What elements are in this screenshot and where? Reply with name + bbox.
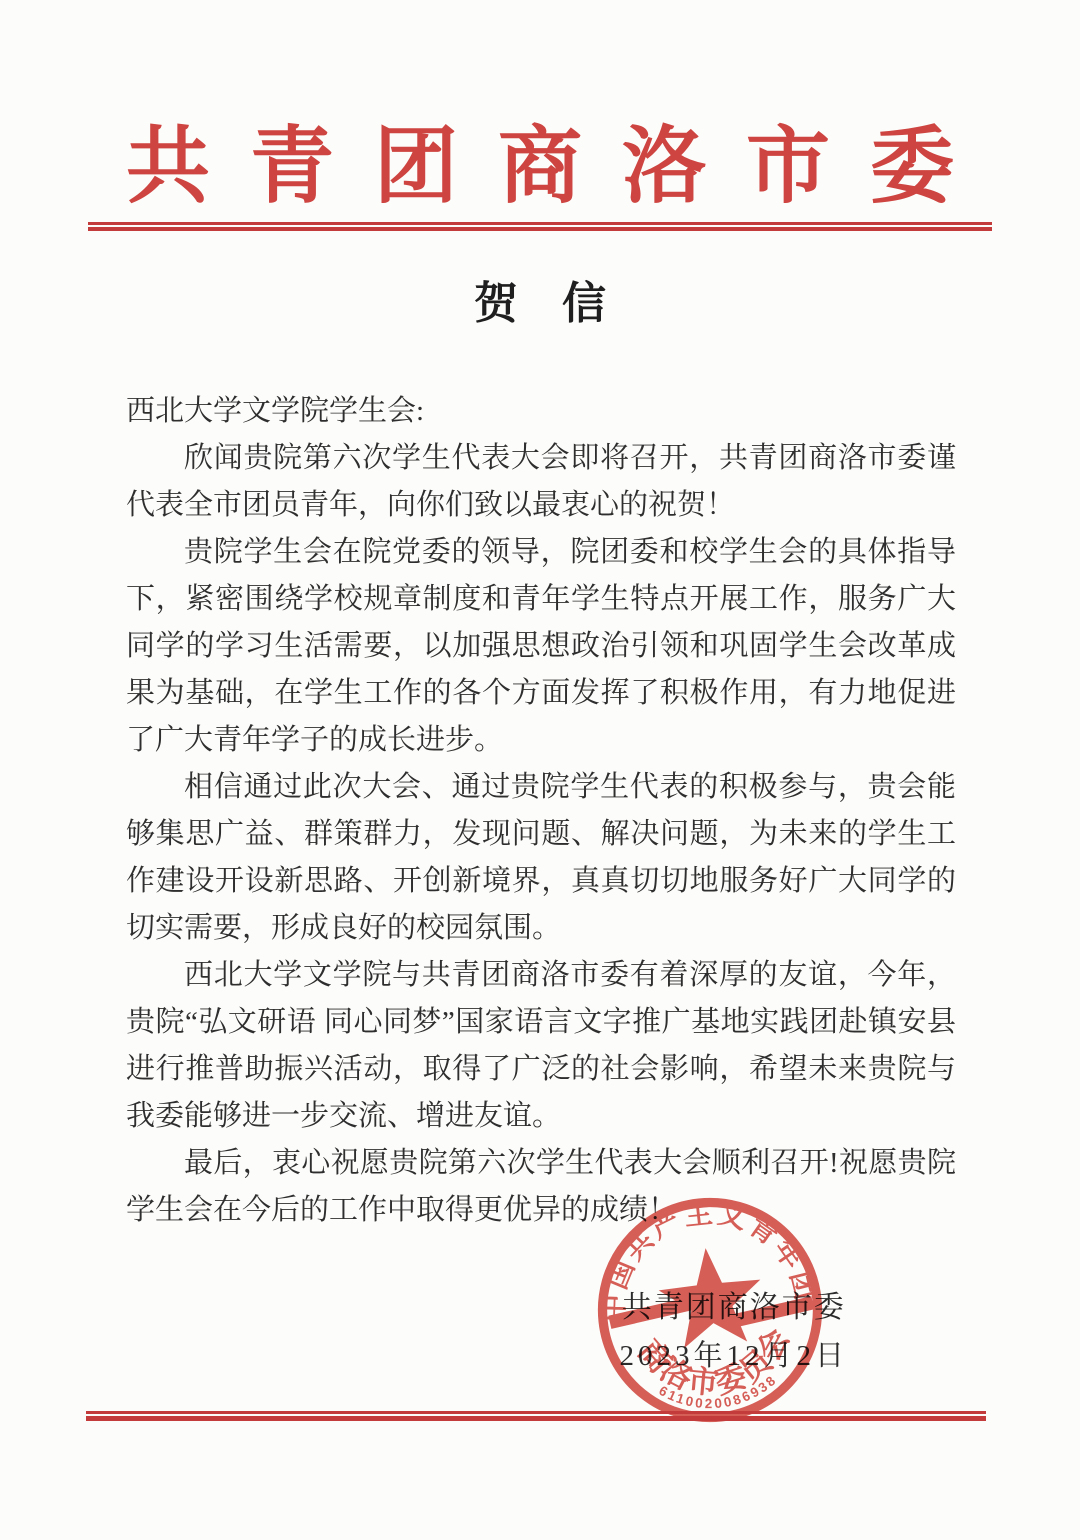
star-icon bbox=[655, 1243, 767, 1350]
letterhead-org-title: 共青团商洛市委 bbox=[0, 116, 1080, 220]
paragraph-1: 欣闻贵院第六次学生代表大会即将召开，共青团商洛市委谨代表全市团员青年，向你们致以… bbox=[126, 435, 956, 529]
paragraph-4: 西北大学文学院与共青团商洛市委有着深厚的友谊，今年，贵院“弘文研语 同心同梦”国… bbox=[126, 952, 956, 1140]
footer-divider-thick-line bbox=[86, 1416, 986, 1421]
paragraph-2: 贵院学生会在院党委的领导，院团委和校学生会的具体指导下，紧密围绕学校规章制度和青… bbox=[126, 529, 956, 764]
congratulatory-letter-page: 共青团商洛市委 贺信 西北大学文学院学生会: 欣闻贵院第六次学生代表大会即将召开… bbox=[0, 0, 1080, 1540]
official-seal: 中国共产主义青年团 商洛市委员会 6110020086938 bbox=[574, 1174, 847, 1447]
footer-divider bbox=[86, 1411, 986, 1421]
salutation-line: 西北大学文学院学生会: bbox=[126, 388, 956, 435]
letterhead-divider-thick-line bbox=[88, 227, 992, 231]
paragraph-5: 最后，衷心祝愿贵院第六次学生代表大会顺利召开!祝愿贵院学生会在今后的工作中取得更… bbox=[126, 1140, 956, 1234]
letter-body: 西北大学文学院学生会: 欣闻贵院第六次学生代表大会即将召开，共青团商洛市委谨代表… bbox=[126, 388, 956, 1234]
letterhead-divider bbox=[88, 222, 992, 231]
letter-title: 贺信 bbox=[0, 276, 1080, 332]
paragraph-3: 相信通过此次大会、通过贵院学生代表的积极参与，贵会能够集思广益、群策群力，发现问… bbox=[126, 764, 956, 952]
